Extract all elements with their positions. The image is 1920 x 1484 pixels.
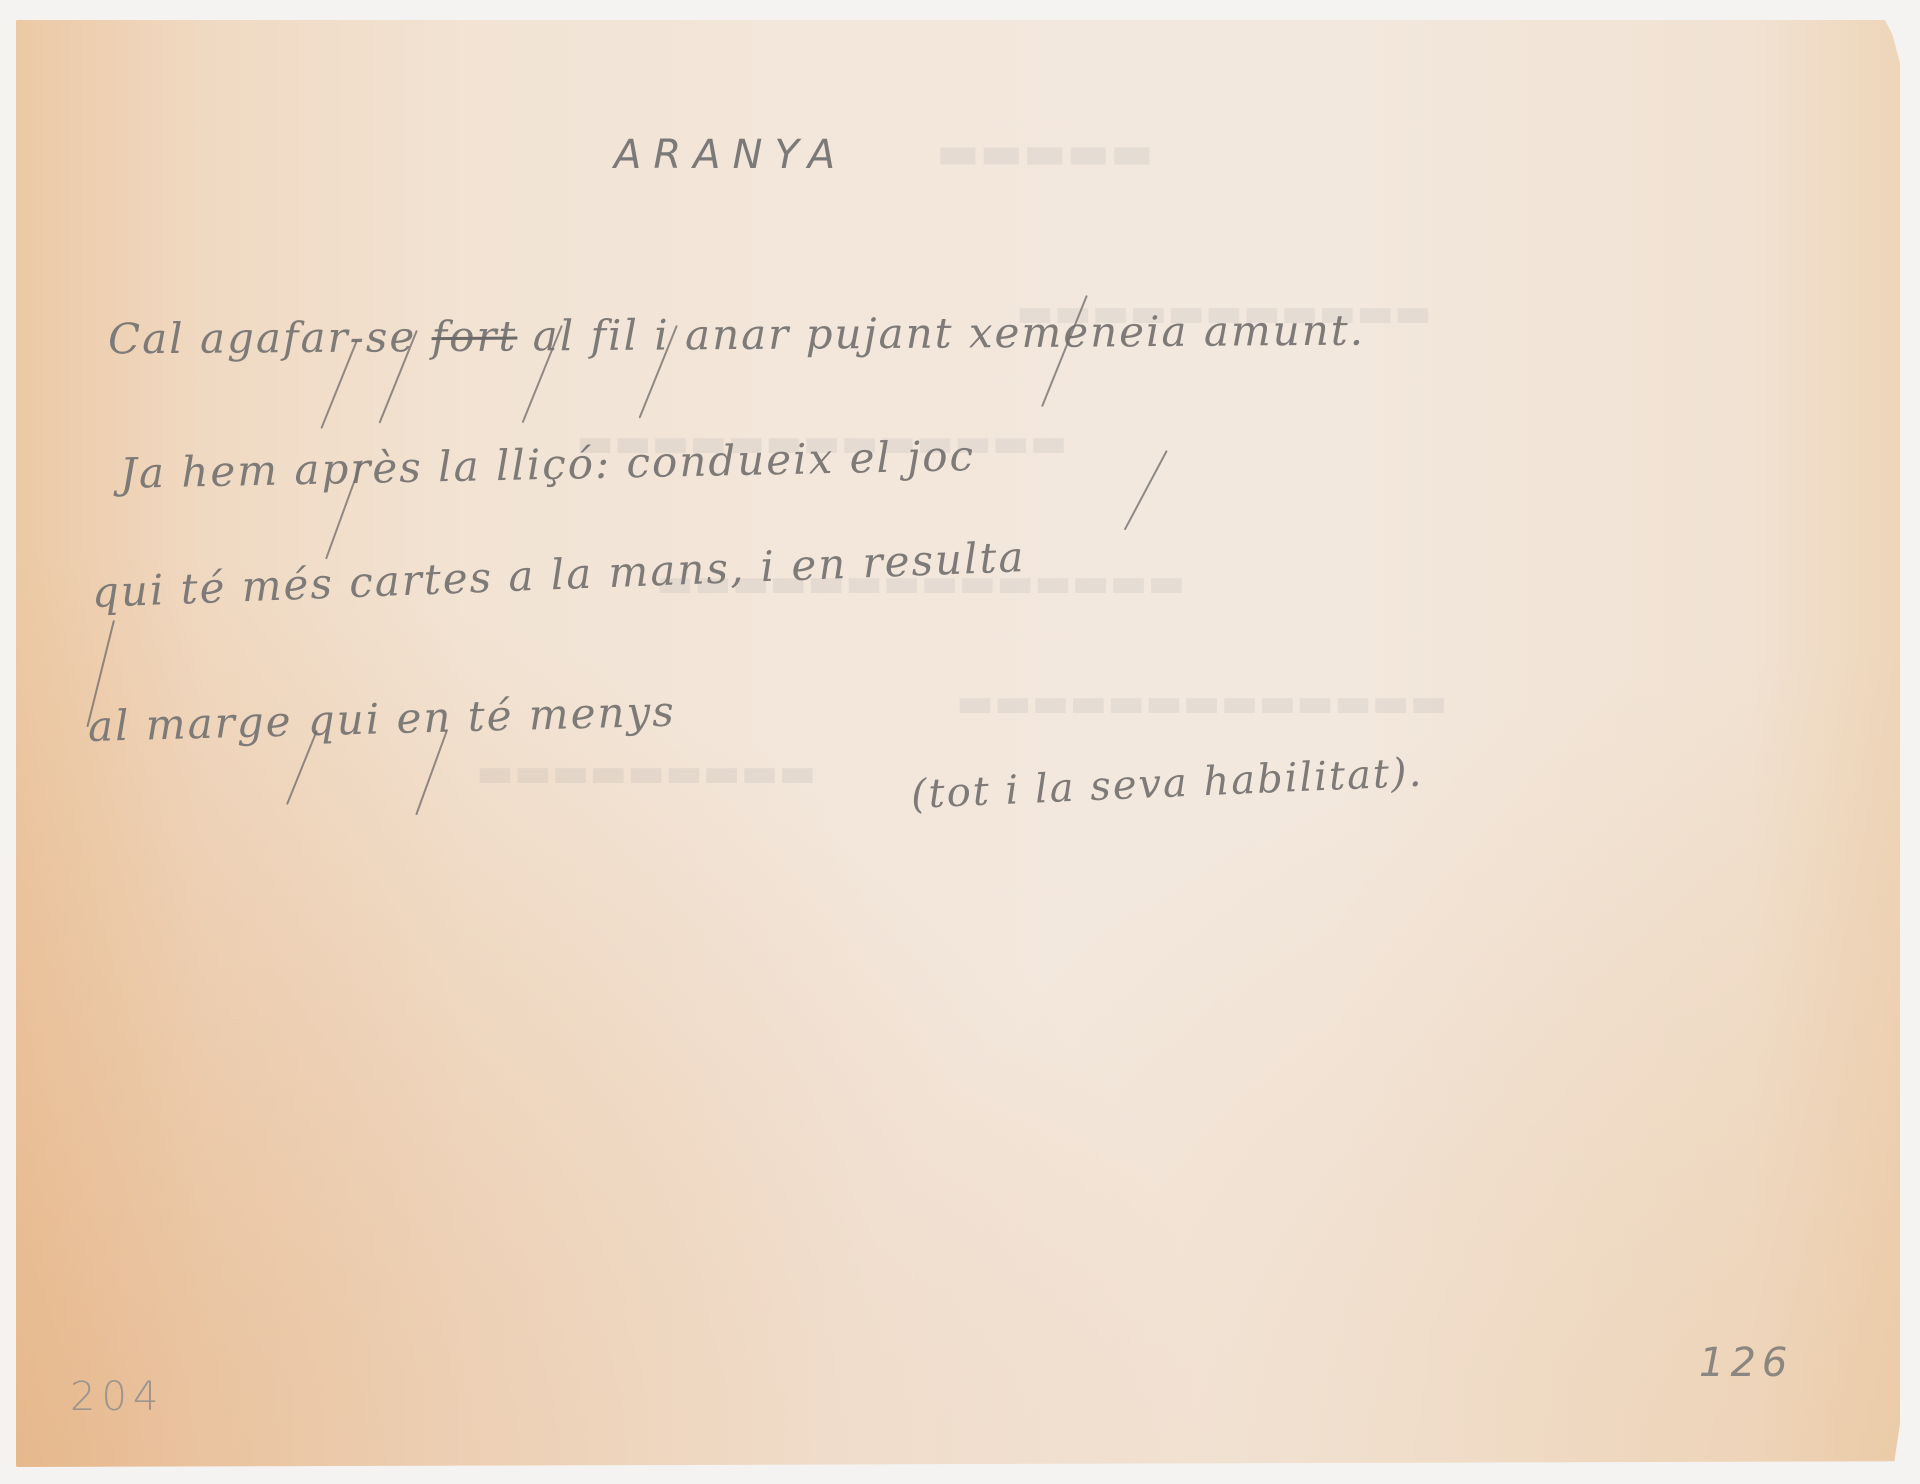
bleed-through-mark: ▬▬▬▬▬▬▬▬▬ — [476, 750, 816, 796]
struck-word: fort — [431, 312, 517, 362]
line-1-start: Cal agafar-se — [108, 312, 432, 363]
page-number-left: 204 — [70, 1374, 164, 1420]
descender-stroke — [1124, 450, 1168, 530]
page-number-right: 126 — [1699, 1340, 1793, 1386]
paper-sheet: ▬▬▬▬▬ ▬▬▬▬▬▬▬▬▬▬▬ ▬▬▬▬▬▬▬▬▬▬▬▬▬ ▬▬▬▬▬▬▬▬… — [16, 20, 1900, 1467]
scan-background: ▬▬▬▬▬ ▬▬▬▬▬▬▬▬▬▬▬ ▬▬▬▬▬▬▬▬▬▬▬▬▬ ▬▬▬▬▬▬▬▬… — [0, 0, 1920, 1484]
poem-title: ARANYA — [614, 132, 847, 178]
line-1-end: al fil i anar pujant xemeneia amunt. — [517, 306, 1365, 361]
poem-line-2: Ja hem après la lliçó: condueix el joc — [120, 431, 976, 498]
poem-line-3: qui té més cartes a la mans, i en result… — [91, 532, 1026, 617]
poem-line-4: al marge qui en té menys — [87, 687, 676, 751]
bleed-through-mark: ▬▬▬▬▬ — [936, 125, 1153, 179]
bleed-through-mark: ▬▬▬▬▬▬▬▬▬▬▬▬▬ — [956, 680, 1447, 726]
descender-stroke — [415, 730, 448, 815]
poem-line-1: Cal agafar-se fort al fil i anar pujant … — [108, 306, 1365, 364]
poem-line-5: (tot i la seva habilitat). — [910, 750, 1424, 818]
